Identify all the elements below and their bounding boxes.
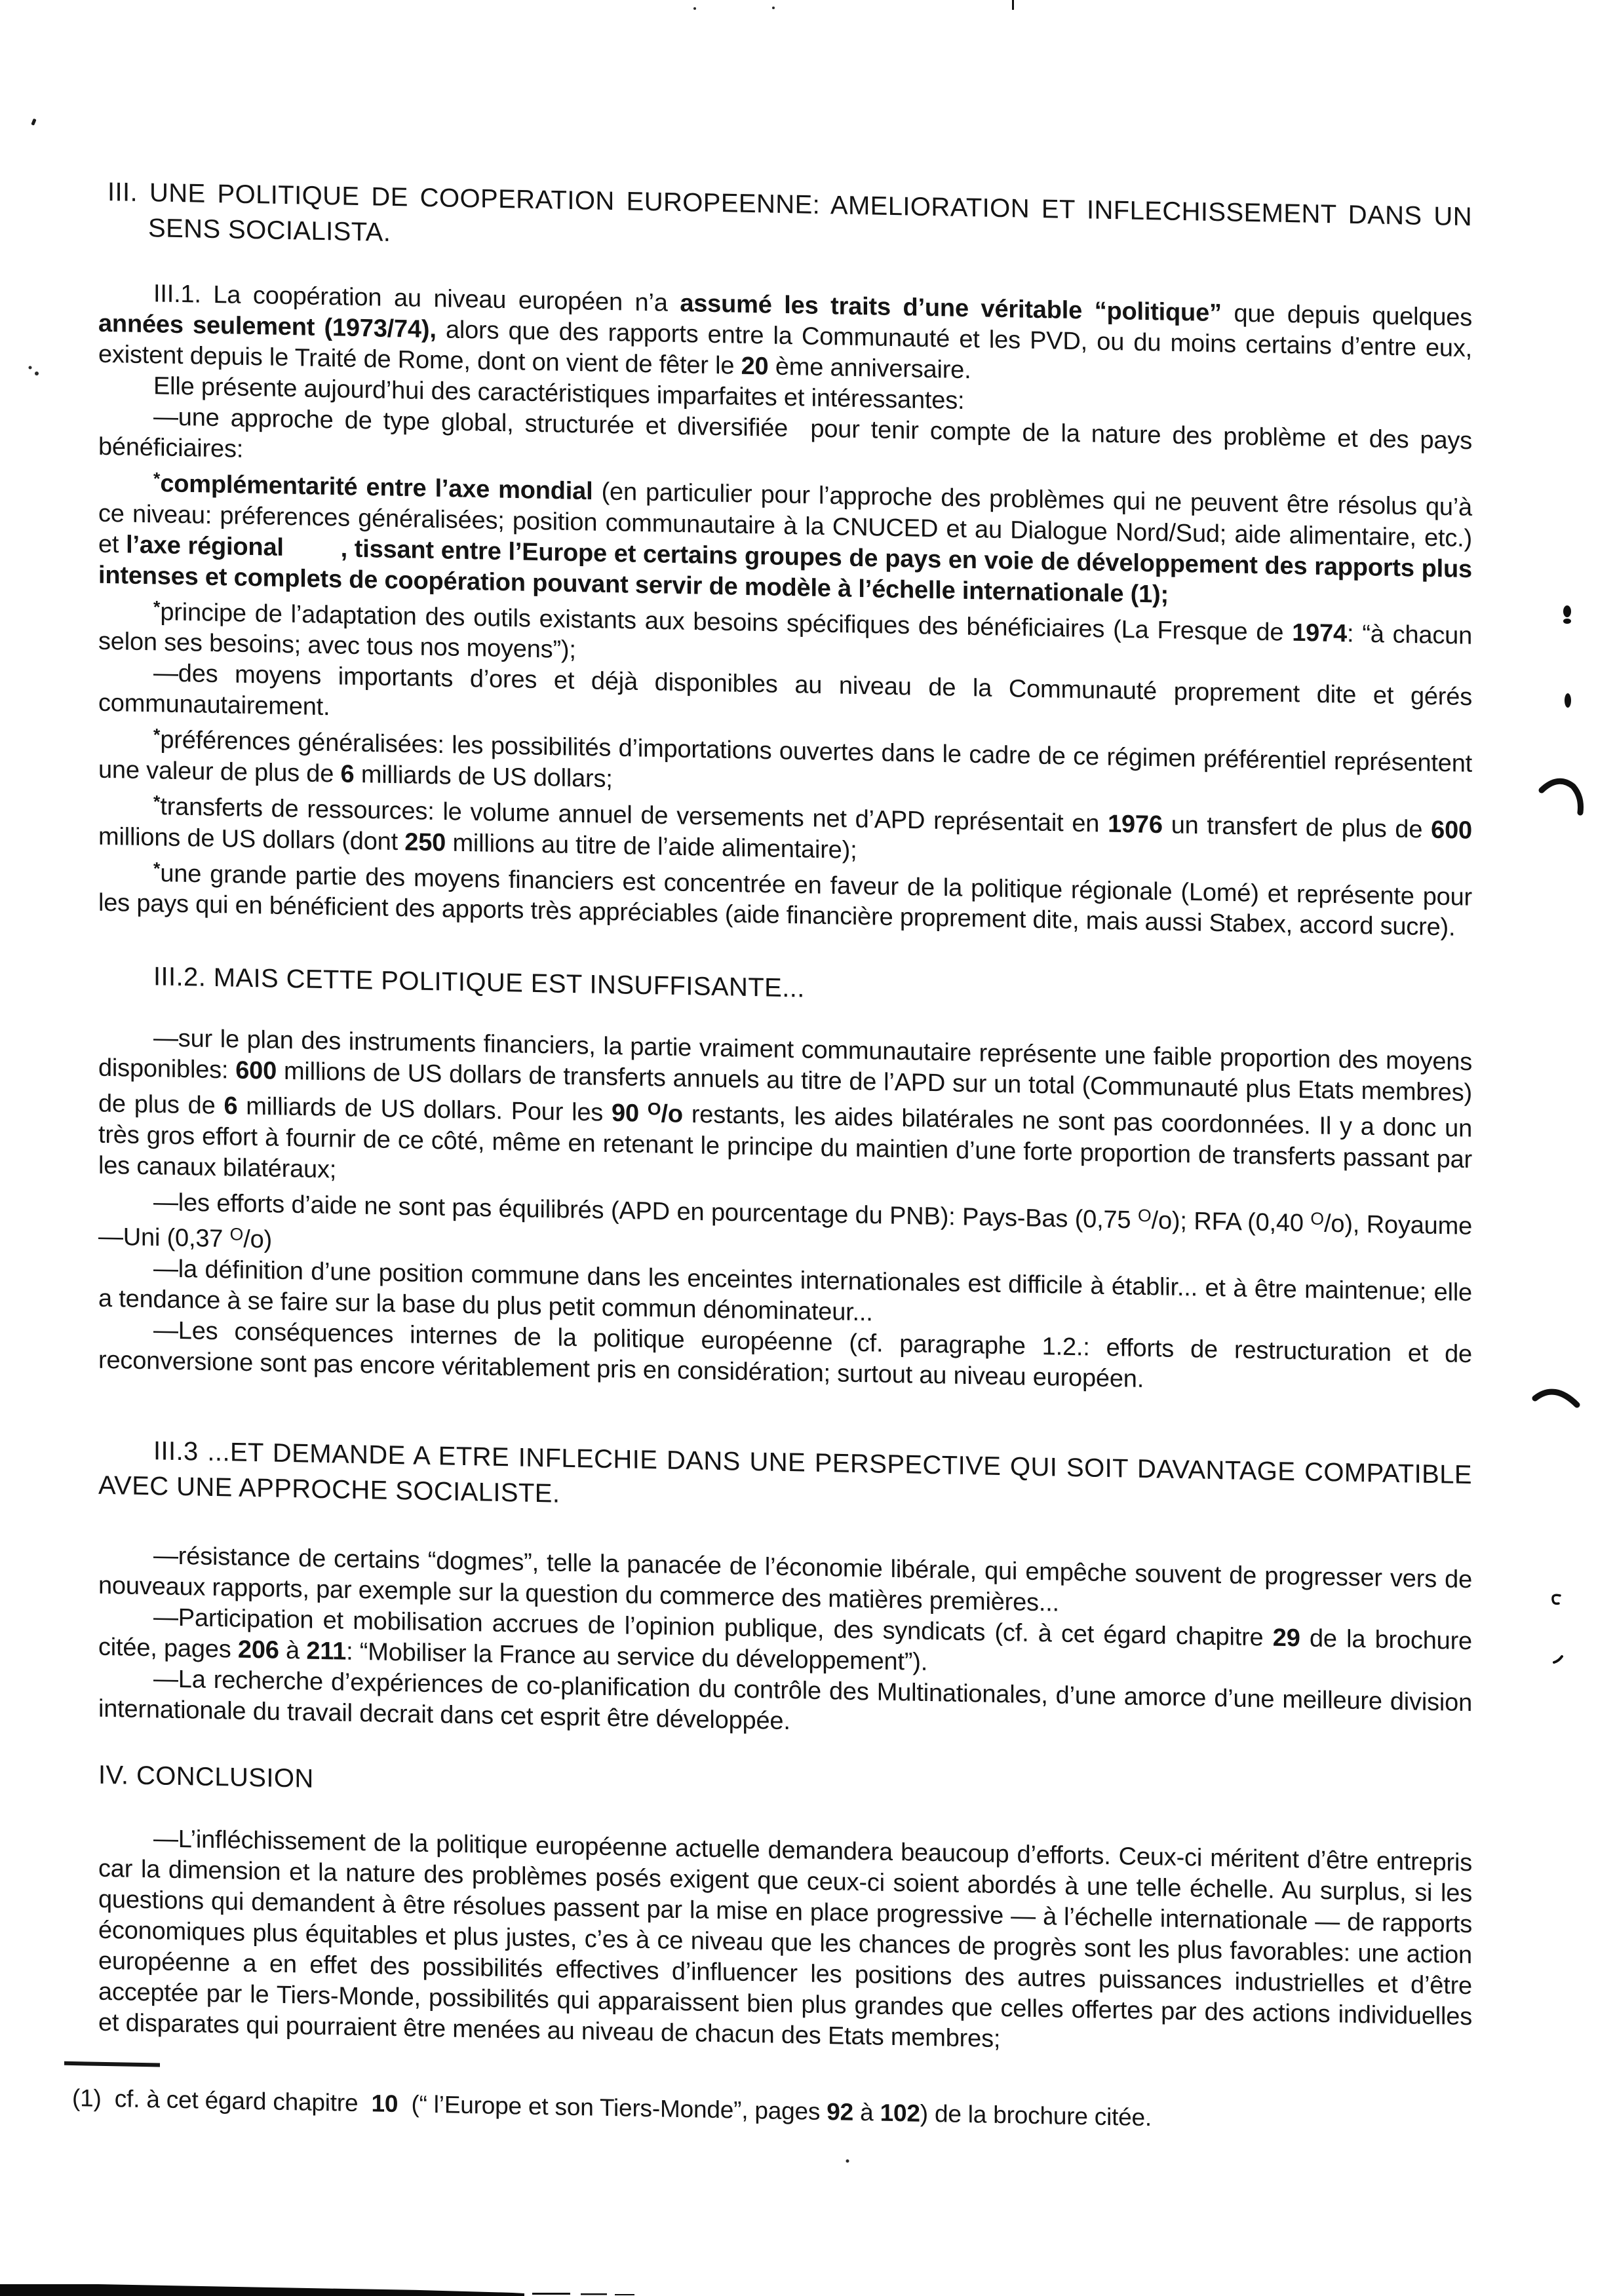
text-segment: 206 (238, 1636, 279, 1664)
heading-section-iii: III. UNE POLITIQUE DE COOPERATION EUROPE… (107, 174, 1472, 270)
heading-section-iii3: III.3 ...ET DEMANDE A ETRE INFLECHIE DAN… (98, 1432, 1472, 1528)
heading-section-iv: IV. CONCLUSION (98, 1757, 1472, 1818)
text-segment: 102 (880, 2099, 920, 2127)
text-segment: O (1310, 1208, 1324, 1228)
text-segment: 600 (235, 1057, 277, 1085)
text-segment (284, 534, 341, 563)
text-segment: milliards de US dollars; (354, 761, 612, 793)
text-segment: O (1138, 1206, 1152, 1225)
text-segment: * (153, 469, 160, 488)
text-segment: O (230, 1225, 244, 1244)
text-segment: /o) (243, 1226, 272, 1254)
text-segment: 211 (306, 1637, 346, 1666)
text-segment: ème anniversaire. (768, 353, 971, 384)
text-segment: millions au titre de l’aide alimentaire)… (446, 829, 857, 864)
text-segment: 92 (827, 2098, 853, 2126)
text-segment: 600 (1431, 816, 1472, 845)
text-segment: à (853, 2099, 880, 2126)
text-segment: * (153, 725, 160, 745)
text-segment: 20 (741, 353, 769, 381)
text-segment: à (279, 1637, 307, 1665)
footnote: (1) cf. à cet égard chapitre 10 (“ l’Eur… (72, 2082, 1472, 2139)
scan-smudge-tail (581, 2293, 607, 2295)
scan-smudge-tail (615, 2294, 634, 2295)
scan-tick-top (1012, 0, 1014, 10)
text-segment: 250 (404, 828, 446, 856)
scan-smudge-bottom (0, 2284, 524, 2296)
heading-section-iii2: III.2. MAIS CETTE POLITIQUE EST INSUFFIS… (98, 958, 1472, 1018)
text-segment: milliards de US dollars. Pour les (237, 1092, 612, 1126)
text-segment: (“ l’Europe et son Tiers-Monde”, pages (398, 2090, 827, 2125)
text-segment: l’axe régional (126, 531, 284, 561)
text-segment: années seulement (1973/74), (98, 310, 437, 343)
text-segment: (1) cf. à cet égard chapitre (72, 2084, 372, 2116)
text-segment: /o); RFA (0,40 (1152, 1207, 1311, 1237)
text-segment: /o (661, 1100, 683, 1128)
list-item-complementarite: *complémentarité entre l’axe mondial (en… (98, 463, 1472, 616)
para-instruments-financiers: —sur le plan des instruments financiers,… (98, 1022, 1472, 1206)
text-segment: —L’infléchissement de la politique europ… (98, 1825, 1472, 2053)
text-segment: 90 (612, 1100, 648, 1128)
text-segment: III. UNE POLITIQUE DE COOPERATION EUROPE… (107, 178, 1472, 247)
text-segment: III.3 ...ET DEMANDE A ETRE INFLECHIE DAN… (98, 1436, 1472, 1508)
para-conclusion: —L’infléchissement de la politique europ… (98, 1823, 1472, 2063)
text-segment: III.2. MAIS CETTE POLITIQUE EST INSUFFIS… (153, 962, 805, 1003)
text-segment: O (648, 1099, 661, 1119)
text-segment: un transfert de plus de (1163, 811, 1431, 844)
text-segment: 1976 (1108, 810, 1163, 839)
text-segment: 29 (1273, 1624, 1300, 1653)
text-segment: * (153, 858, 160, 878)
scanned-document-page: { "document": { "language_hint": "fr", "… (0, 0, 1615, 2296)
document-content: III. UNE POLITIQUE DE COOPERATION EUROPE… (0, 0, 1615, 2141)
text-segment: 6 (341, 760, 355, 788)
text-segment: complémentarité entre l’axe mondial (160, 470, 593, 505)
text-segment: que depuis quelques (1222, 299, 1472, 332)
speck (846, 2160, 849, 2163)
speck (693, 7, 696, 10)
text-segment: 1974 (1292, 619, 1347, 647)
footnote-rule (64, 2061, 160, 2067)
text-segment: 10 (372, 2090, 399, 2117)
text-segment: millions de US dollars (dont (98, 822, 404, 856)
text-segment: * (153, 792, 160, 811)
text-segment: IV. CONCLUSION (98, 1761, 314, 1793)
text-segment: 6 (224, 1092, 237, 1120)
text-segment: ) de la brochure citée. (920, 2100, 1152, 2131)
text-segment: * (153, 597, 160, 617)
scan-smudge-tail (532, 2293, 570, 2295)
speck (772, 7, 775, 9)
